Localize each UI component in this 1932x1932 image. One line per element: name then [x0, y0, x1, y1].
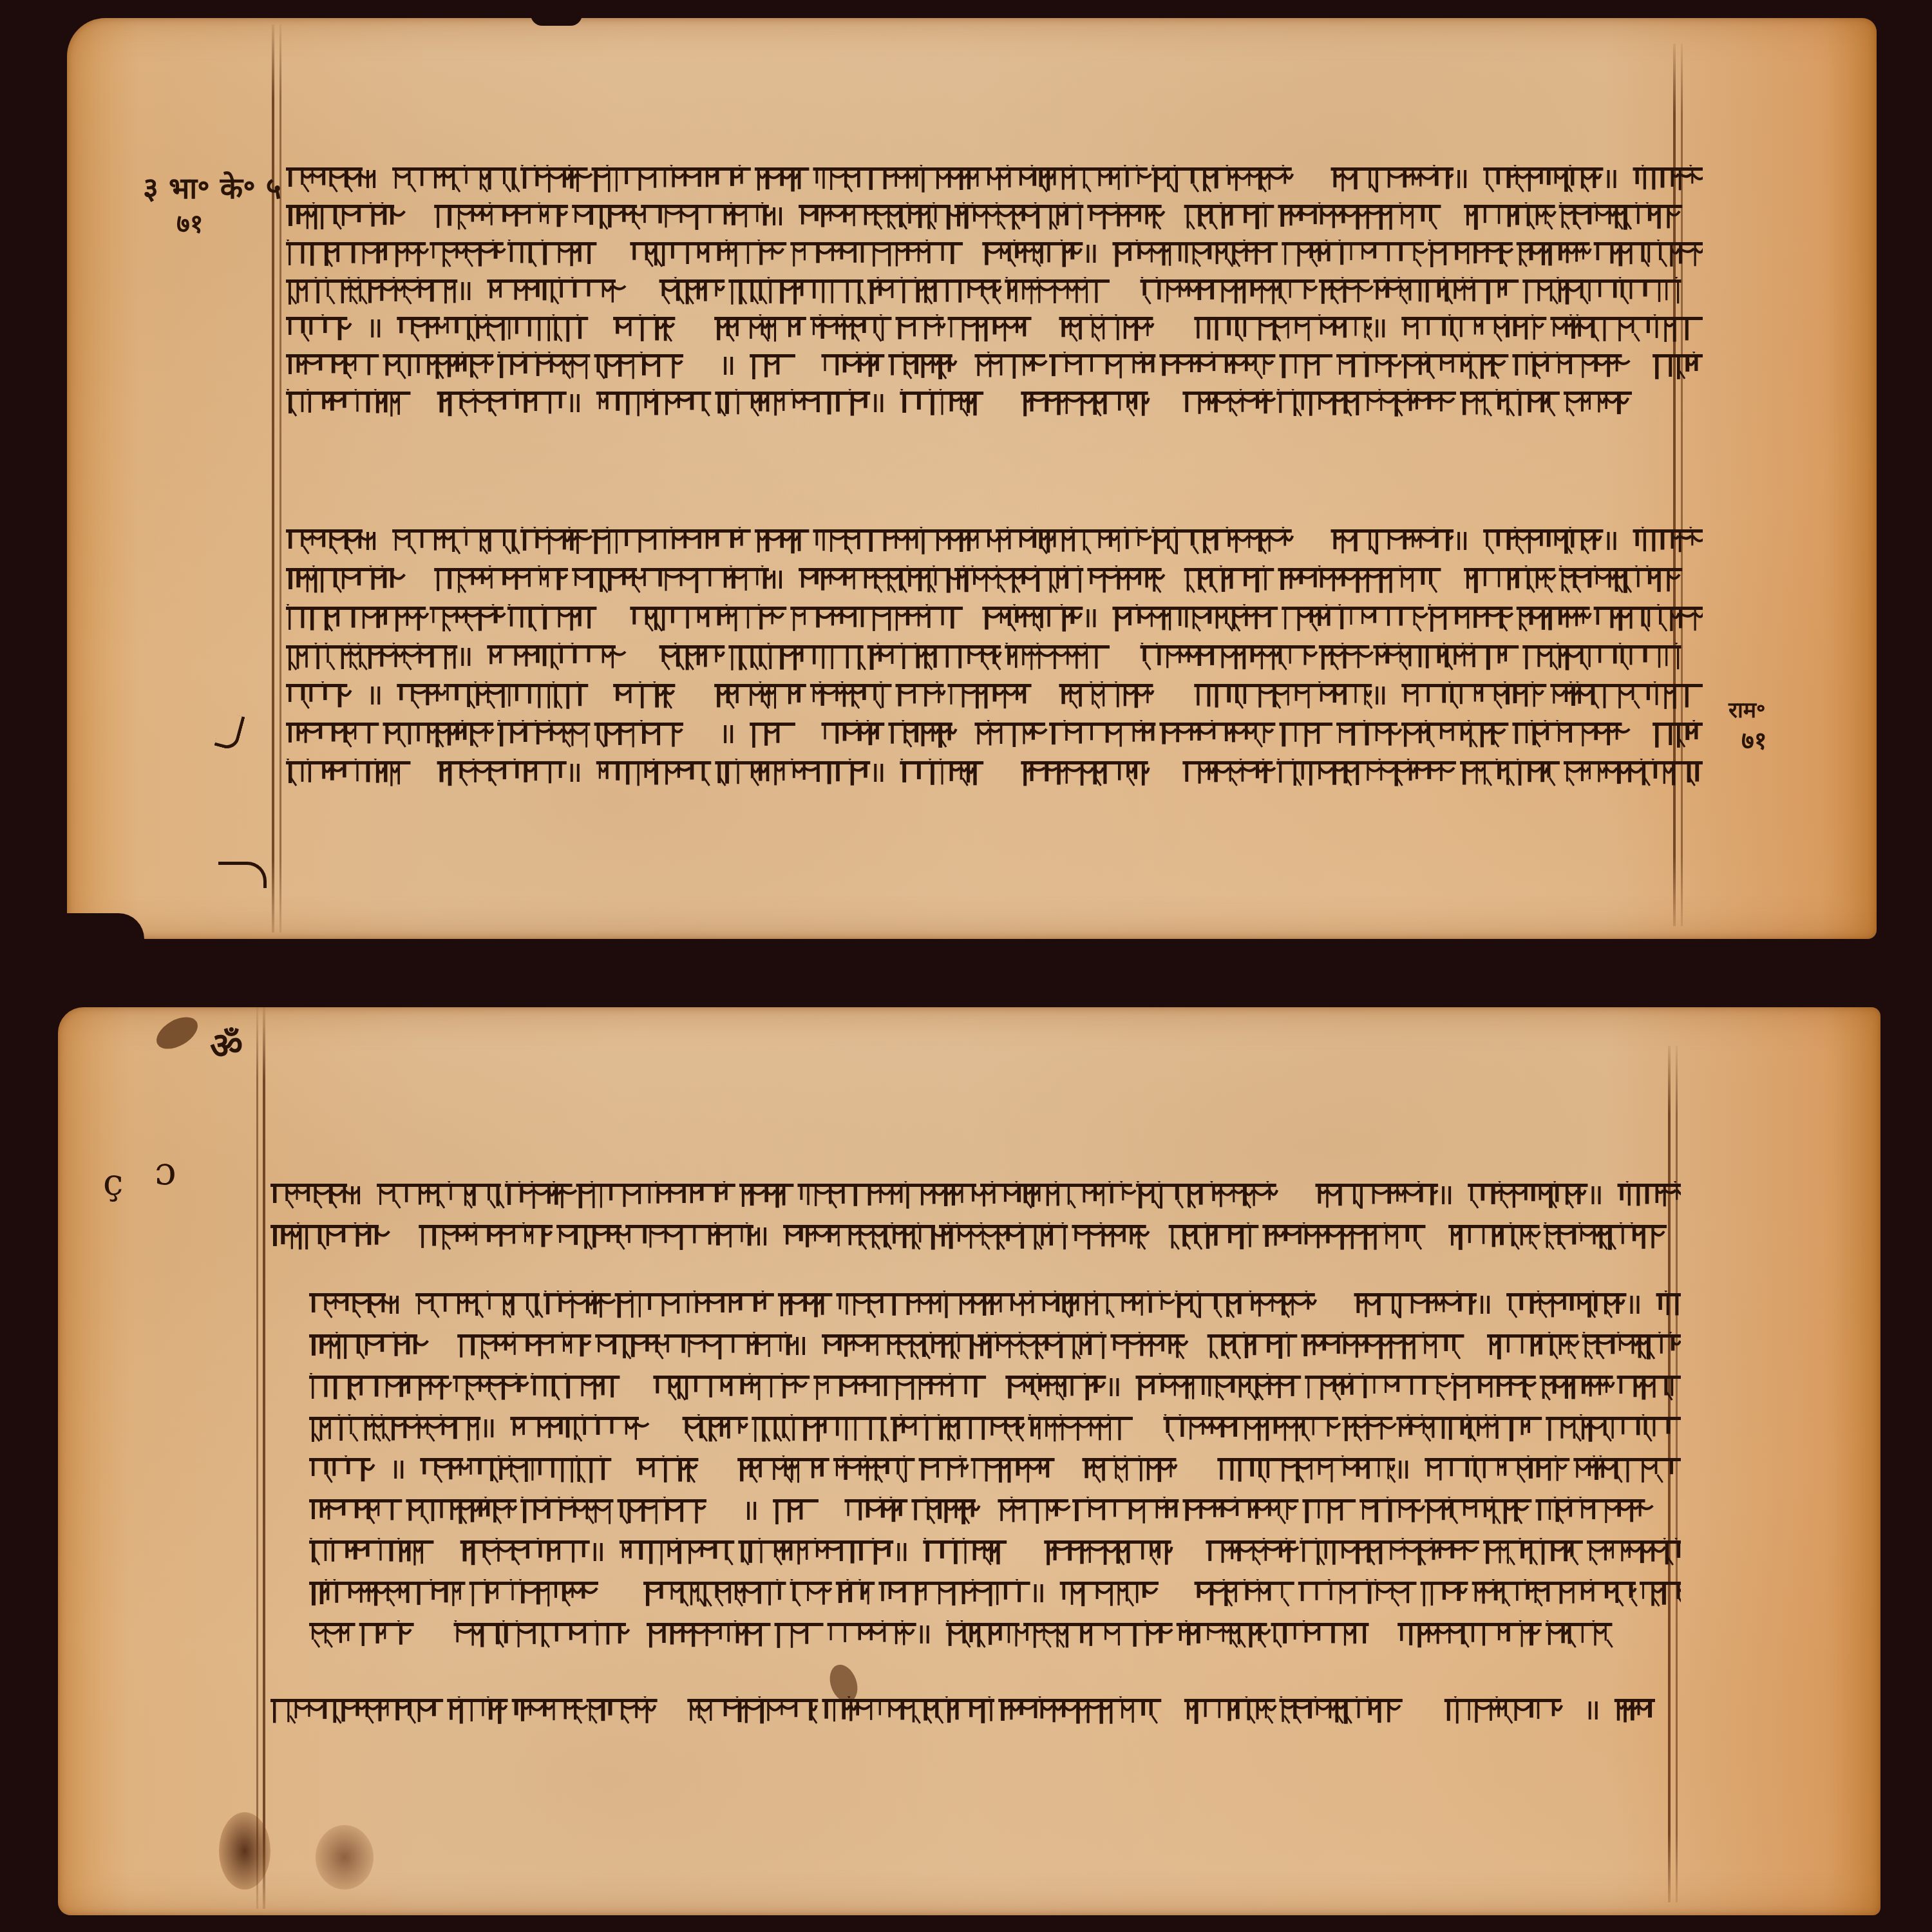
- manuscript-text-line: गृहीशाय ततस्य पे यो दिक्शोनविशेषण समाप्त…: [286, 643, 1703, 671]
- ink-strokes: [286, 681, 1703, 710]
- manuscript-text-line: प्रत्ययेनभवतिमध्यस्तु पूर्वदेशो च धिमिरप…: [286, 681, 1703, 710]
- left-margin-note: ३ भा॰ के॰ ५: [143, 167, 281, 207]
- manuscript-text-line: विशेषणार्थत्वं ... दिक्श विशेषणार्थं ...…: [309, 1620, 1681, 1649]
- ink-strokes: [286, 720, 1703, 748]
- ink-strokes: [309, 1620, 1681, 1649]
- margin-rule-left: [263, 1007, 265, 1909]
- ink-stain: [151, 1010, 204, 1056]
- manuscript-text-line: दक्षिणोत्तरपूर्वाणामिति ॥ अयं समानादिकप्…: [270, 1181, 1681, 1209]
- manuscript-text-line: शोभणालेनालस प्रत्ययो भवतिएते विशेष्यं प्…: [286, 527, 1703, 555]
- manuscript-text-line: दिक्शब्दे । दिशब्दाद्दिक्शब्दोपेक्षयादिश…: [286, 165, 1703, 193]
- manuscript-text-line: देशोपि दिशाम्नेपसा: प्रथमविभक्त्यर्थे ..…: [286, 277, 1703, 305]
- manuscript-text-line: दिशोत्तरा ... भवतीति ...ननस्त्र ... प्रत…: [309, 1579, 1681, 1607]
- right-margin-folio-number: ७१: [1741, 723, 1767, 757]
- ink-strokes: [309, 1291, 1681, 1319]
- manuscript-text-line: अत्र वा पञ्चम्याह नेयादेशोस्ति विशेषणाभे…: [286, 352, 1703, 380]
- manuscript-text-line: स्वस्तः द्विशेषयां बा ...विवक्षाविद्यन्त…: [286, 759, 1703, 787]
- manuscript-text-line: तरपश्चात् ॥ अर्द्धोत्तरपश्च ... परस्य ..…: [309, 1455, 1681, 1484]
- ink-strokes: [270, 1222, 1681, 1251]
- left-margin-mark: ç: [103, 1162, 123, 1204]
- manuscript-text-line: दिदेशाकाले विधानेनस्मृत्य धियो दिशास्ववि…: [286, 604, 1703, 632]
- manuscript-text-line: दक्षिणोत्तरपूर्वाणा मिति सर्वसदिशः ...वि…: [309, 1291, 1681, 1319]
- ink-strokes: [309, 1497, 1681, 1525]
- manuscript-text-line: दूराक्तो हि मितिवक्तिप्रत्यारोगच्छत्रु द…: [286, 720, 1703, 748]
- ink-strokes: [286, 277, 1703, 305]
- manuscript-text-line: दिशोगपञ्चमी वा विधिस्त्वा षष्ठी अस्य ...…: [270, 1222, 1681, 1251]
- ink-strokes: [309, 1332, 1681, 1360]
- ink-strokes: [286, 565, 1703, 594]
- text-block-upper: दिक्शब्दे । दिशब्दाद्दिक्शब्दोपेक्षयादिश…: [286, 165, 1703, 435]
- ink-strokes: [309, 1538, 1681, 1566]
- ink-strokes: [286, 165, 1703, 193]
- ink-strokes: [286, 759, 1703, 787]
- margin-rule-left: [272, 24, 274, 933]
- damage-stain: [316, 1825, 374, 1889]
- text-block-lower: दक्षिणोत्तरपूर्वाणा मिति सर्वसदिशः ...वि…: [309, 1291, 1681, 1690]
- ink-strokes: [286, 389, 1703, 417]
- marginal-ink-mark: [214, 711, 245, 751]
- margin-rule-left-inner: [256, 1007, 258, 1909]
- left-margin-mark: ɔ: [155, 1149, 176, 1194]
- damage-stain: [219, 1812, 270, 1889]
- manuscript-text-line: इति ॥ वाक्यसमरूपे ... अकारो ... हपरस्पर्…: [270, 1696, 1655, 1725]
- margin-rule-left-inner: [279, 24, 281, 933]
- ink-strokes: [309, 1455, 1681, 1484]
- ink-strokes: [286, 240, 1703, 268]
- manuscript-folio-top: ३ भा॰ के॰ ५ ७१ राम॰ ७१ दिक्शब्दे । दिशब्…: [67, 18, 1877, 939]
- ink-strokes: [309, 1579, 1681, 1607]
- ink-strokes: [309, 1414, 1681, 1443]
- ink-strokes: [270, 1696, 1655, 1725]
- manuscript-text-line: अनिर्दिष्टार्थत्वाद्यु सार्थे प्रत्ययः ए…: [286, 314, 1703, 343]
- top-margin-mark: ॐ: [210, 1020, 243, 1069]
- ink-strokes: [286, 643, 1703, 671]
- ink-strokes: [286, 352, 1703, 380]
- marginal-ink-mark: [218, 862, 267, 888]
- text-block-lower: शोभणालेनालस प्रत्ययो भवतिएते विशेष्यं प्…: [286, 527, 1703, 810]
- manuscript-text-line: अपरस्य पश्च मावो वक्तव्यः पश्चाद्धेः ...…: [309, 1497, 1681, 1525]
- paper-tear: [67, 913, 144, 939]
- manuscript-text-line: दिक्शब्देभ्यः सप्तमीपञ्चमी ॥ इदं कस्मात्…: [286, 389, 1703, 417]
- left-margin-folio-number: ७१: [176, 205, 204, 240]
- ink-strokes: [286, 527, 1703, 555]
- manuscript-text-line: मिश्रक्रमपदे शादिशब्दप्रयोगे भवतिपुरस्ता…: [286, 565, 1703, 594]
- closing-line: इति ॥ वाक्यसमरूपे ... अकारो ... हपरस्पर्…: [270, 1696, 1655, 1735]
- right-margin-note: राम॰: [1728, 694, 1766, 724]
- manuscript-text-line: निष्पिपयमस ...भावतस्य सिद्धि वात्तु पूति…: [286, 240, 1703, 268]
- text-block-upper: दक्षिणोत्तरपूर्वाणामिति ॥ अयं समानादिकप्…: [270, 1181, 1681, 1271]
- ink-strokes: [286, 202, 1703, 231]
- ink-strokes: [286, 314, 1703, 343]
- manuscript-text-line: योनिपातेते ॥ उपमि उपरिष्टात् ॥ पश्चात् .…: [309, 1373, 1681, 1401]
- ink-strokes: [309, 1373, 1681, 1401]
- manuscript-folio-bottom: ॐ ç ɔ दक्षिणोत्तरपूर्वाणामिति ॥ अयं समान…: [58, 1007, 1880, 1915]
- ink-strokes: [270, 1181, 1681, 1209]
- manuscript-text-line: प्र बहिर्भिमस पूर्वोत्तरसामीति अत्र हि द…: [286, 202, 1703, 231]
- paper-tear: [531, 14, 582, 26]
- manuscript-text-line: पूर्वाभ्याम् ... उपर्युपरिष्टात् ... सिद…: [309, 1332, 1681, 1360]
- manuscript-text-line: तिप्रत्ययः पश्चात् । दिक्पूर्वपदस्य च ॥ …: [309, 1414, 1681, 1443]
- ink-strokes: [286, 604, 1703, 632]
- manuscript-text-line: ॥ उत्तराधरदक्षिणादाति: ... दक्षिणा ... प…: [309, 1538, 1681, 1566]
